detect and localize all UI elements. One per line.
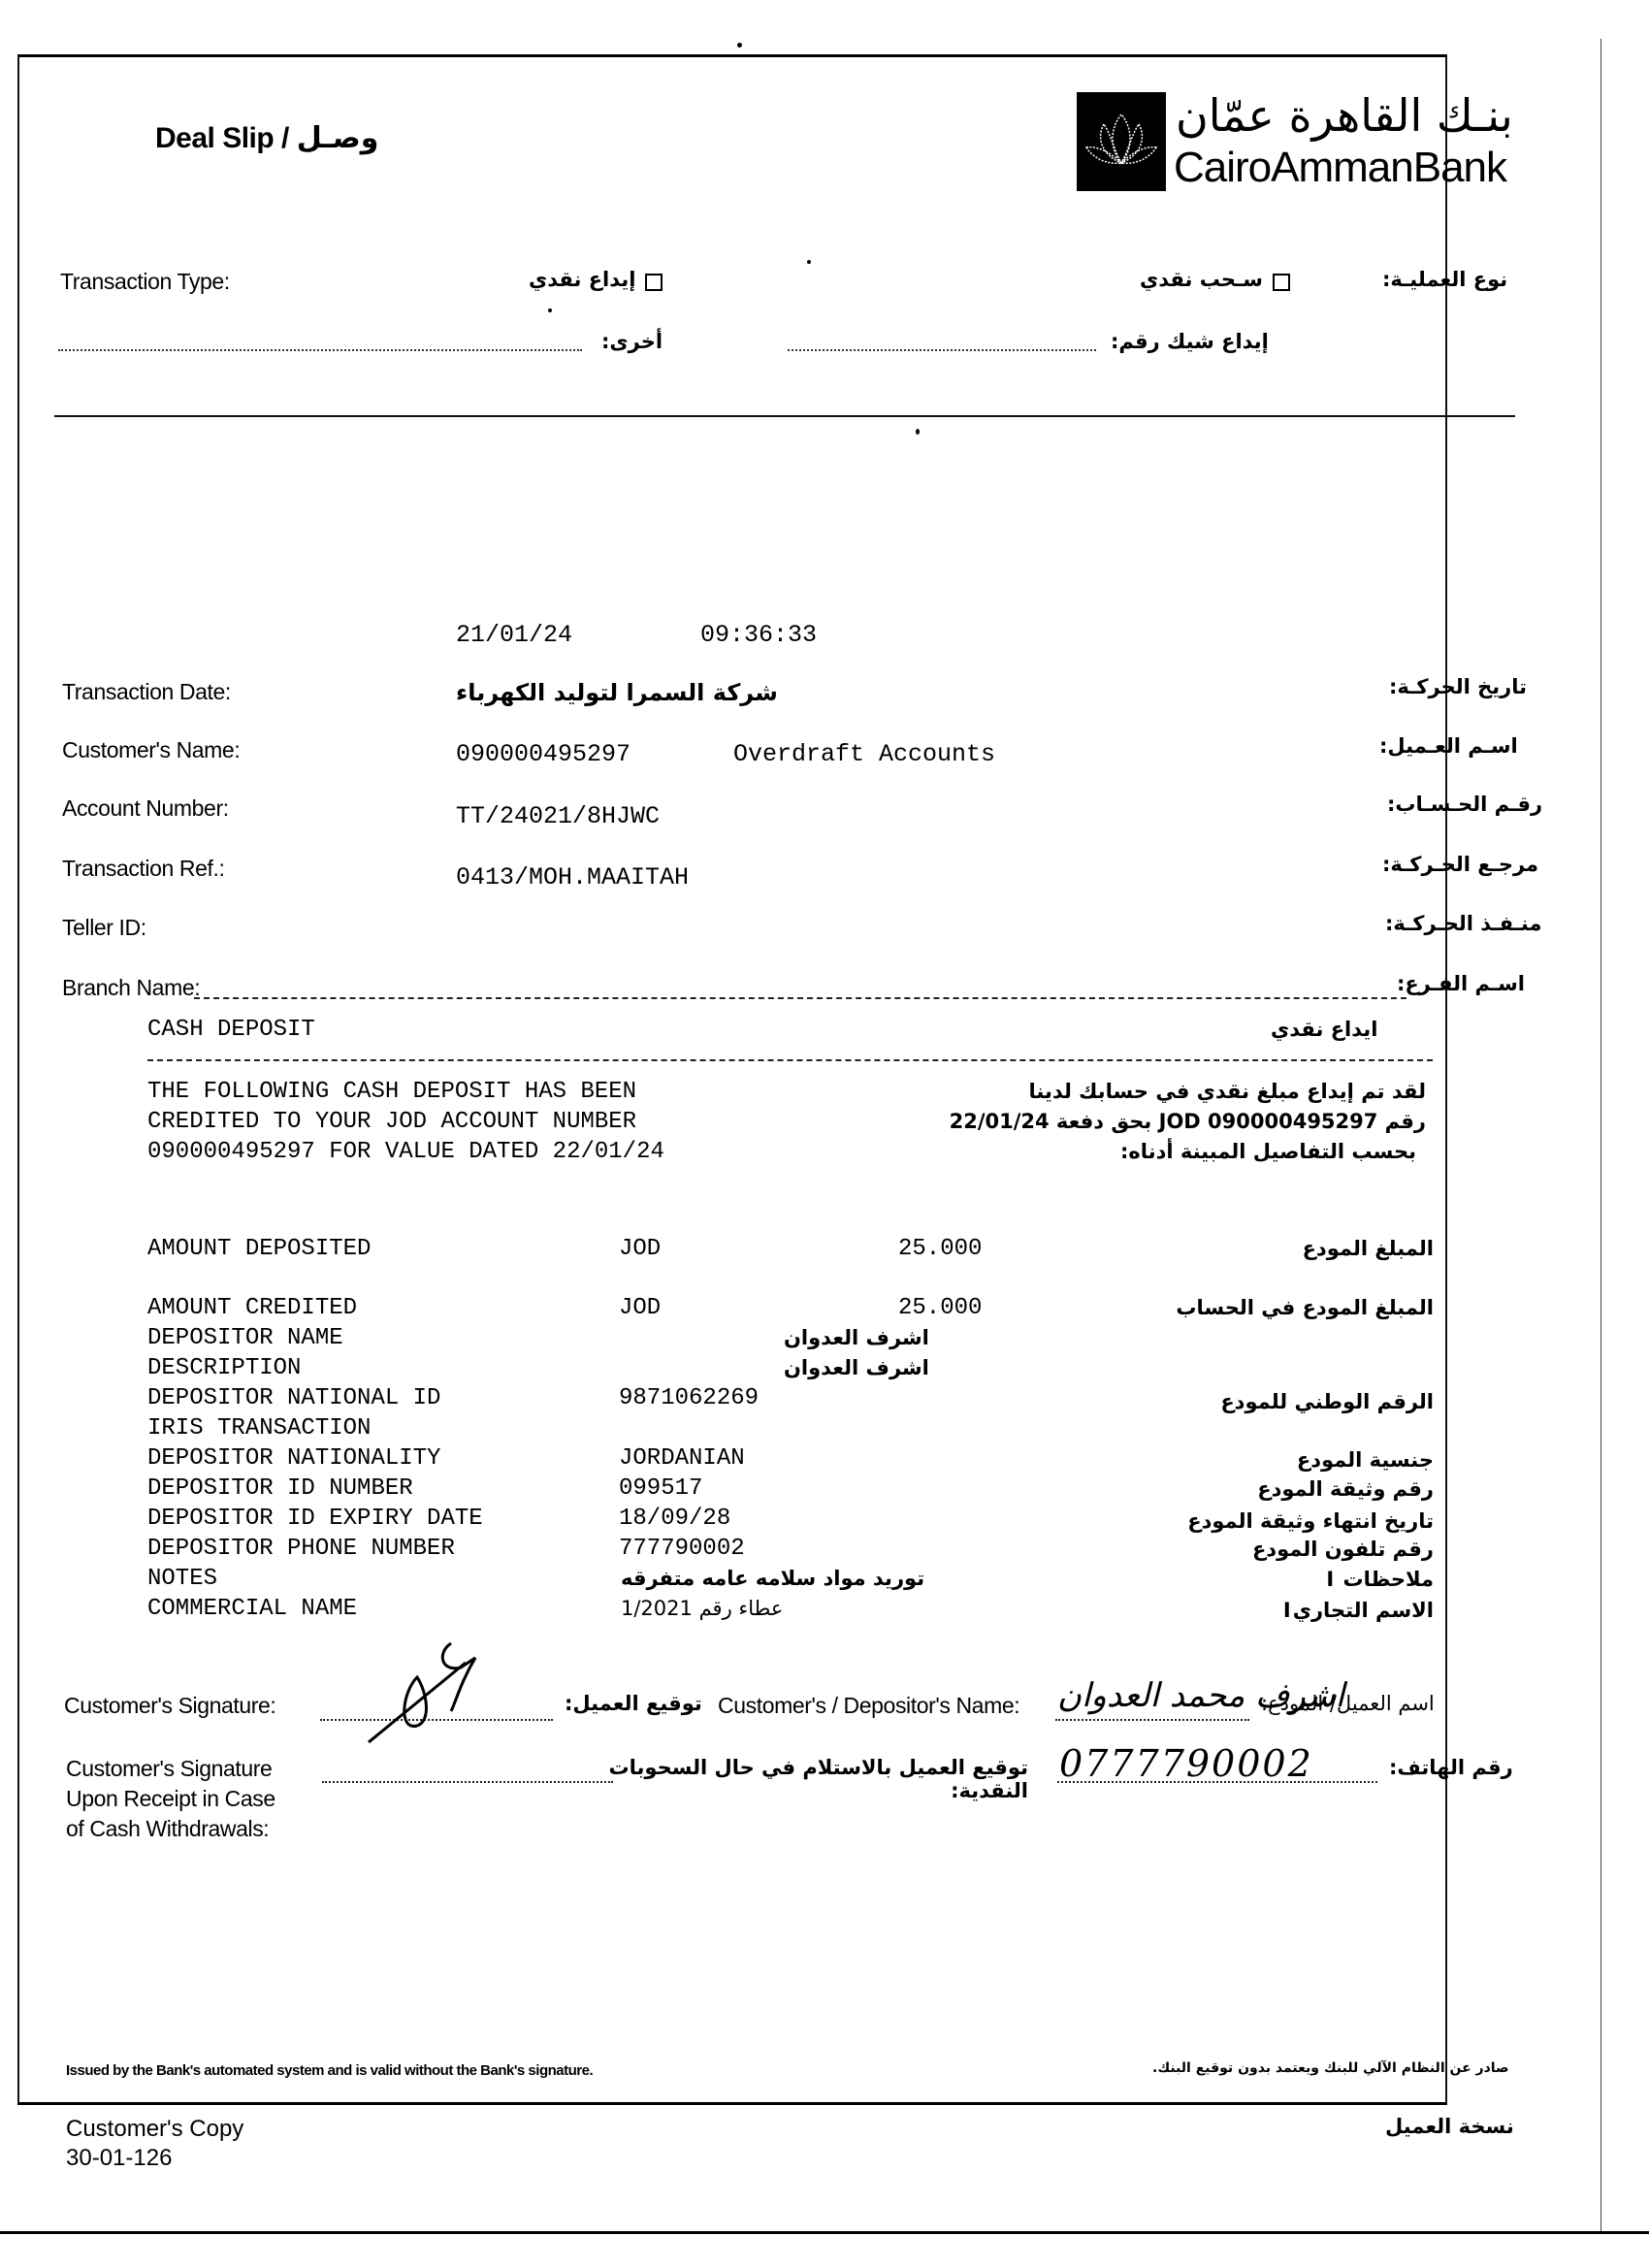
row-label: DESCRIPTION bbox=[147, 1353, 301, 1383]
row-label-arabic: تاريخ انتهاء وثيقة المودع bbox=[1187, 1507, 1434, 1537]
teller-id-label-arabic: منـفـذ الحـركـة: bbox=[1385, 912, 1541, 935]
transaction-ref-label: Transaction Ref.: bbox=[62, 856, 224, 882]
scan-speck bbox=[548, 308, 552, 312]
row-value: JORDANIAN bbox=[619, 1443, 745, 1474]
row-currency: JOD bbox=[619, 1234, 661, 1264]
row-label: AMOUNT CREDITED bbox=[147, 1293, 357, 1323]
paragraph-line: لقد تم إيداع مبلغ نقدي في حسابك لدينا bbox=[776, 1077, 1426, 1107]
cheque-number-label: إيداع شيك رقم: bbox=[1111, 330, 1269, 353]
row-label: DEPOSITOR ID NUMBER bbox=[147, 1474, 413, 1504]
depositor-name-label: Customer's / Depositor's Name: bbox=[718, 1693, 1019, 1719]
transaction-date-label-arabic: تاريخ الحركـة: bbox=[1389, 675, 1527, 698]
account-number-label: Account Number: bbox=[62, 795, 229, 822]
row-label-arabic: جنسية المودع bbox=[1297, 1445, 1434, 1475]
row-value: 9871062269 bbox=[619, 1383, 759, 1413]
row-label-arabic: المبلغ المودع في الحساب bbox=[1176, 1293, 1434, 1323]
withdrawal-signature-field[interactable] bbox=[322, 1781, 613, 1783]
customer-signature-label: Customer's Signature: bbox=[64, 1693, 275, 1719]
section-divider bbox=[54, 415, 1515, 417]
customer-name-value: شركة السمرا لتوليد الكهرباء bbox=[456, 679, 778, 706]
row-label-arabic: الرقم الوطني للمودع bbox=[1220, 1387, 1434, 1417]
row-value-mixed: عطاء رقم 1/2021 bbox=[621, 1594, 783, 1624]
label-line: Customer's Signature bbox=[66, 1754, 275, 1784]
deposit-divider bbox=[147, 1059, 1433, 1061]
deposit-paragraph-ar: لقد تم إيداع مبلغ نقدي في حسابك لدينا رق… bbox=[776, 1077, 1426, 1167]
lotus-icon bbox=[1083, 107, 1160, 177]
depositor-name-label-arabic: اسم العميل/ المودع: bbox=[1261, 1692, 1435, 1715]
transaction-date-label: Transaction Date: bbox=[62, 679, 231, 705]
copy-label: Customer's Copy 30-01-126 bbox=[66, 2115, 243, 2173]
phone-label-arabic: رقم الهاتف: bbox=[1389, 1756, 1513, 1779]
transaction-ref-value: TT/24021/8HJWC bbox=[456, 802, 660, 830]
row-label: NOTES bbox=[147, 1564, 217, 1594]
branch-name-label-arabic: اسـم الفـرع: bbox=[1397, 972, 1525, 995]
row-label-arabic: الاسم التجاريI bbox=[1283, 1596, 1434, 1626]
scan-speck bbox=[737, 43, 742, 48]
scan-speck bbox=[916, 429, 920, 435]
paragraph-line: CREDITED TO YOUR JOD ACCOUNT NUMBER bbox=[147, 1107, 664, 1137]
paragraph-line: بحسب التفاصيل المبينة أدناه: bbox=[776, 1137, 1426, 1167]
phone-handwritten: 0777790002 bbox=[1059, 1742, 1313, 1785]
copy-label-arabic: نسخة العميل bbox=[1385, 2115, 1514, 2138]
row-label: COMMERCIAL NAME bbox=[147, 1594, 357, 1624]
customer-name-label-arabic: اسـم العـميل: bbox=[1379, 734, 1518, 758]
row-label: IRIS TRANSACTION bbox=[147, 1413, 371, 1443]
row-label: DEPOSITOR NAME bbox=[147, 1323, 343, 1353]
branch-name-label: Branch Name: bbox=[62, 975, 200, 1001]
footer-note: Issued by the Bank's automated system an… bbox=[66, 2062, 593, 2079]
teller-value: 0413/MOH.MAAITAH bbox=[456, 863, 689, 891]
cash-deposit-checkbox[interactable] bbox=[645, 274, 663, 291]
row-amount: 25.000 bbox=[898, 1293, 982, 1323]
account-number-label-arabic: رقـم الحـسـاب: bbox=[1387, 793, 1542, 816]
page-edge-bottom bbox=[0, 2231, 1649, 2234]
branch-name-line bbox=[194, 997, 1406, 999]
deposit-paragraph-en: THE FOLLOWING CASH DEPOSIT HAS BEEN CRED… bbox=[147, 1077, 664, 1167]
row-label-arabic: ملاحظات I bbox=[1326, 1565, 1434, 1595]
customer-name-label: Customer's Name: bbox=[62, 737, 240, 763]
row-label-arabic: المبلغ المودع bbox=[1303, 1234, 1434, 1264]
withdrawal-signature-label-arabic: توقيع العميل بالاستلام في حال السحوبات ا… bbox=[621, 1756, 1028, 1802]
transaction-type-label: Transaction Type: bbox=[60, 269, 230, 295]
page-edge bbox=[1600, 39, 1601, 2233]
footer-note-arabic: صادر عن النظام الآلي للبنك ويعتمد بدون ت… bbox=[1152, 2060, 1509, 2076]
row-value: 099517 bbox=[619, 1474, 702, 1504]
cash-deposit-heading-arabic: ايداع نقدي bbox=[1271, 1015, 1377, 1045]
teller-id-label: Teller ID: bbox=[62, 915, 146, 941]
signature-scribble bbox=[359, 1634, 504, 1750]
bank-name-english: CairoAmmanBank bbox=[1174, 144, 1506, 192]
transaction-date-value: 21/01/24 bbox=[456, 621, 572, 649]
label-line: Upon Receipt in Case bbox=[66, 1784, 275, 1814]
row-amount: 25.000 bbox=[898, 1234, 982, 1264]
row-label: DEPOSITOR NATIONALITY bbox=[147, 1443, 440, 1474]
customers-copy-label: Customer's Copy bbox=[66, 2115, 243, 2144]
row-currency: JOD bbox=[619, 1293, 661, 1323]
row-label-arabic: رقم تلفون المودع bbox=[1252, 1535, 1434, 1565]
transaction-type-label-arabic: نوع العمليـة: bbox=[1382, 268, 1507, 291]
document-title: Deal Slip / وصـل bbox=[155, 121, 378, 155]
account-number-value: 090000495297 bbox=[456, 740, 630, 768]
option-cash-withdrawal-label: سـحب نقدي bbox=[1140, 268, 1263, 291]
depositor-name-field[interactable] bbox=[1055, 1719, 1249, 1721]
label-line: of Cash Withdrawals: bbox=[66, 1814, 275, 1844]
form-code: 30-01-126 bbox=[66, 2144, 243, 2173]
bank-logo bbox=[1077, 92, 1166, 191]
row-label: AMOUNT DEPOSITED bbox=[147, 1234, 371, 1264]
row-label: DEPOSITOR PHONE NUMBER bbox=[147, 1534, 455, 1564]
customer-signature-label-arabic: توقيع العميل: bbox=[565, 1692, 702, 1715]
option-cash-deposit-label: إيداع نقدي bbox=[529, 268, 635, 291]
row-value: 18/09/28 bbox=[619, 1504, 730, 1534]
paragraph-line: رقم JOD 090000495297 بحق دفعة 22/01/24 bbox=[776, 1107, 1426, 1137]
label-line: توقيع العميل بالاستلام في حال السحوبات bbox=[621, 1756, 1028, 1779]
row-label: DEPOSITOR NATIONAL ID bbox=[147, 1383, 440, 1413]
row-label: DEPOSITOR ID EXPIRY DATE bbox=[147, 1504, 483, 1534]
row-value: 777790002 bbox=[619, 1534, 745, 1564]
transaction-ref-label-arabic: مرجـع الحـركـة: bbox=[1382, 853, 1538, 876]
option-cash-withdrawal[interactable]: سـحب نقدي bbox=[1140, 268, 1290, 291]
row-value-arabic: اشرف العدوان bbox=[784, 1323, 929, 1353]
other-label: أخرى: bbox=[601, 330, 663, 353]
transaction-time-value: 09:36:33 bbox=[700, 621, 817, 649]
row-label-arabic: رقم وثيقة المودع bbox=[1257, 1474, 1434, 1505]
other-field[interactable] bbox=[58, 349, 582, 351]
paragraph-line: 090000495297 FOR VALUE DATED 22/01/24 bbox=[147, 1137, 664, 1167]
cheque-number-field[interactable] bbox=[788, 349, 1096, 351]
cash-withdrawal-checkbox[interactable] bbox=[1273, 274, 1290, 291]
scan-speck bbox=[807, 260, 811, 264]
option-cash-deposit[interactable]: إيداع نقدي bbox=[529, 268, 663, 291]
withdrawal-signature-label: Customer's Signature Upon Receipt in Cas… bbox=[66, 1754, 275, 1844]
label-line: النقدية: bbox=[621, 1779, 1028, 1802]
row-value-arabic: اشرف العدوان bbox=[784, 1353, 929, 1383]
row-value-arabic: توريد مواد سلامه عامه متفرقه bbox=[621, 1564, 924, 1594]
paragraph-line: THE FOLLOWING CASH DEPOSIT HAS BEEN bbox=[147, 1077, 664, 1107]
bank-name-arabic: بنـك القاهرة عمّان bbox=[1176, 89, 1513, 142]
cash-deposit-heading: CASH DEPOSIT bbox=[147, 1015, 315, 1045]
account-type-value: Overdraft Accounts bbox=[733, 740, 995, 768]
